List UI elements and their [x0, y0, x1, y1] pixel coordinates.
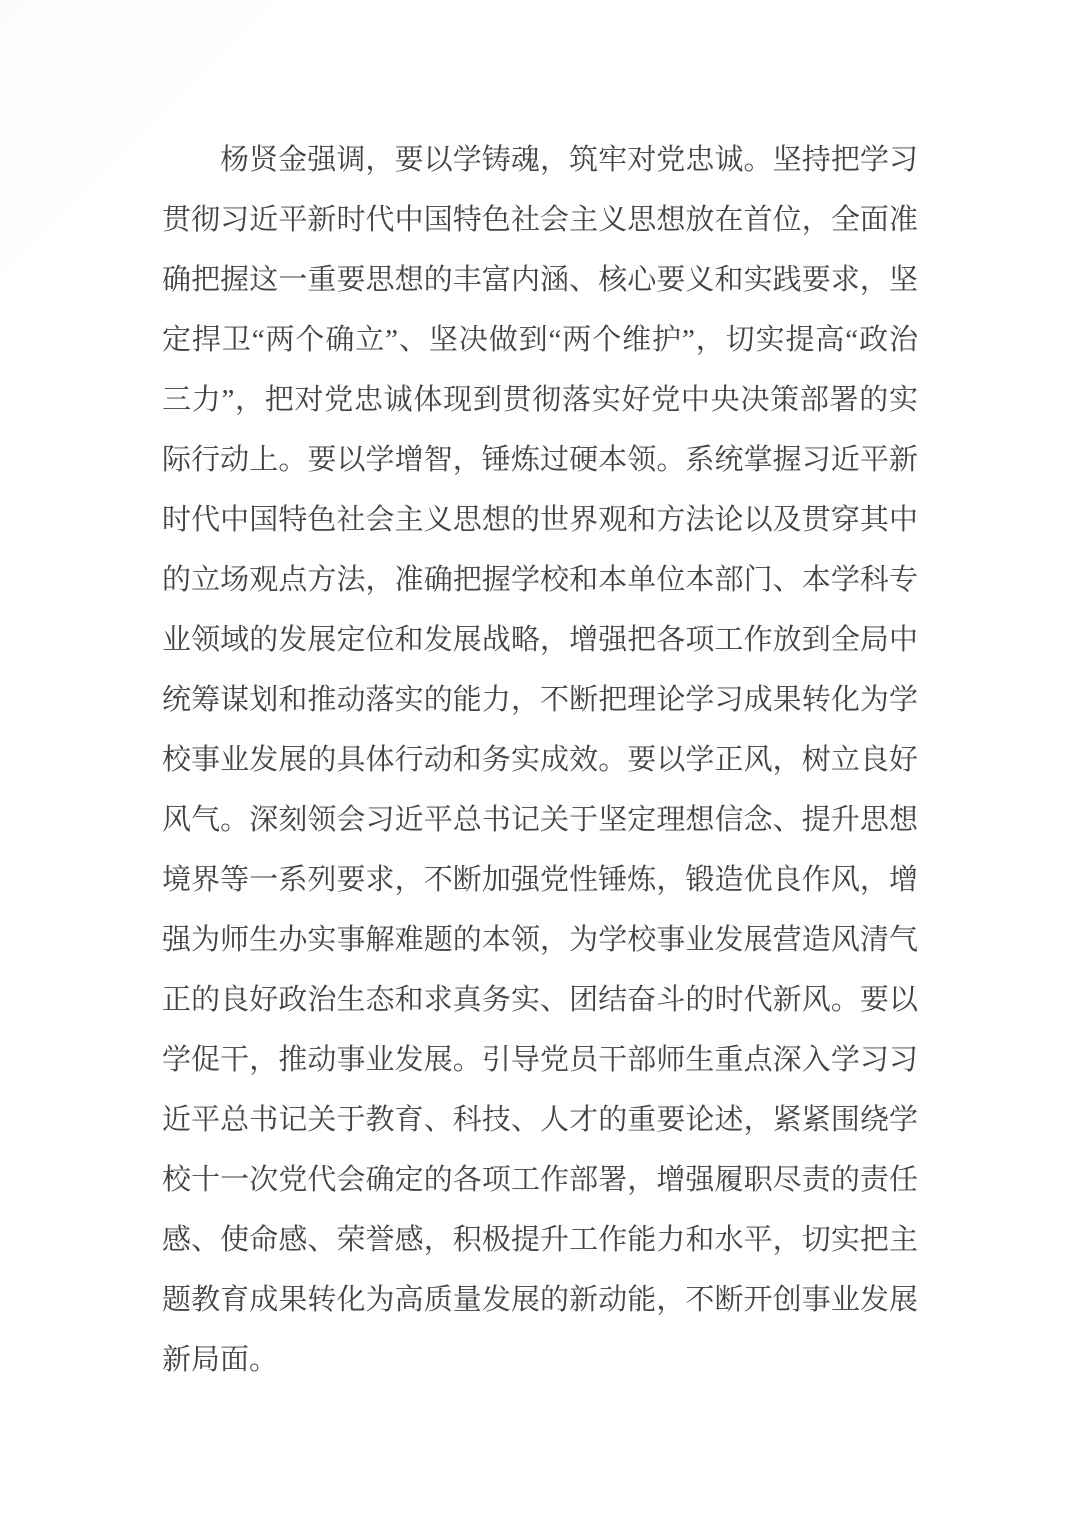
- document-page: 杨贤金强调，要以学铸魂，筑牢对党忠诚。坚持把学习贯彻习近平新时代中国特色社会主义…: [0, 0, 1080, 1527]
- body-paragraph: 杨贤金强调，要以学铸魂，筑牢对党忠诚。坚持把学习贯彻习近平新时代中国特色社会主义…: [162, 130, 918, 1390]
